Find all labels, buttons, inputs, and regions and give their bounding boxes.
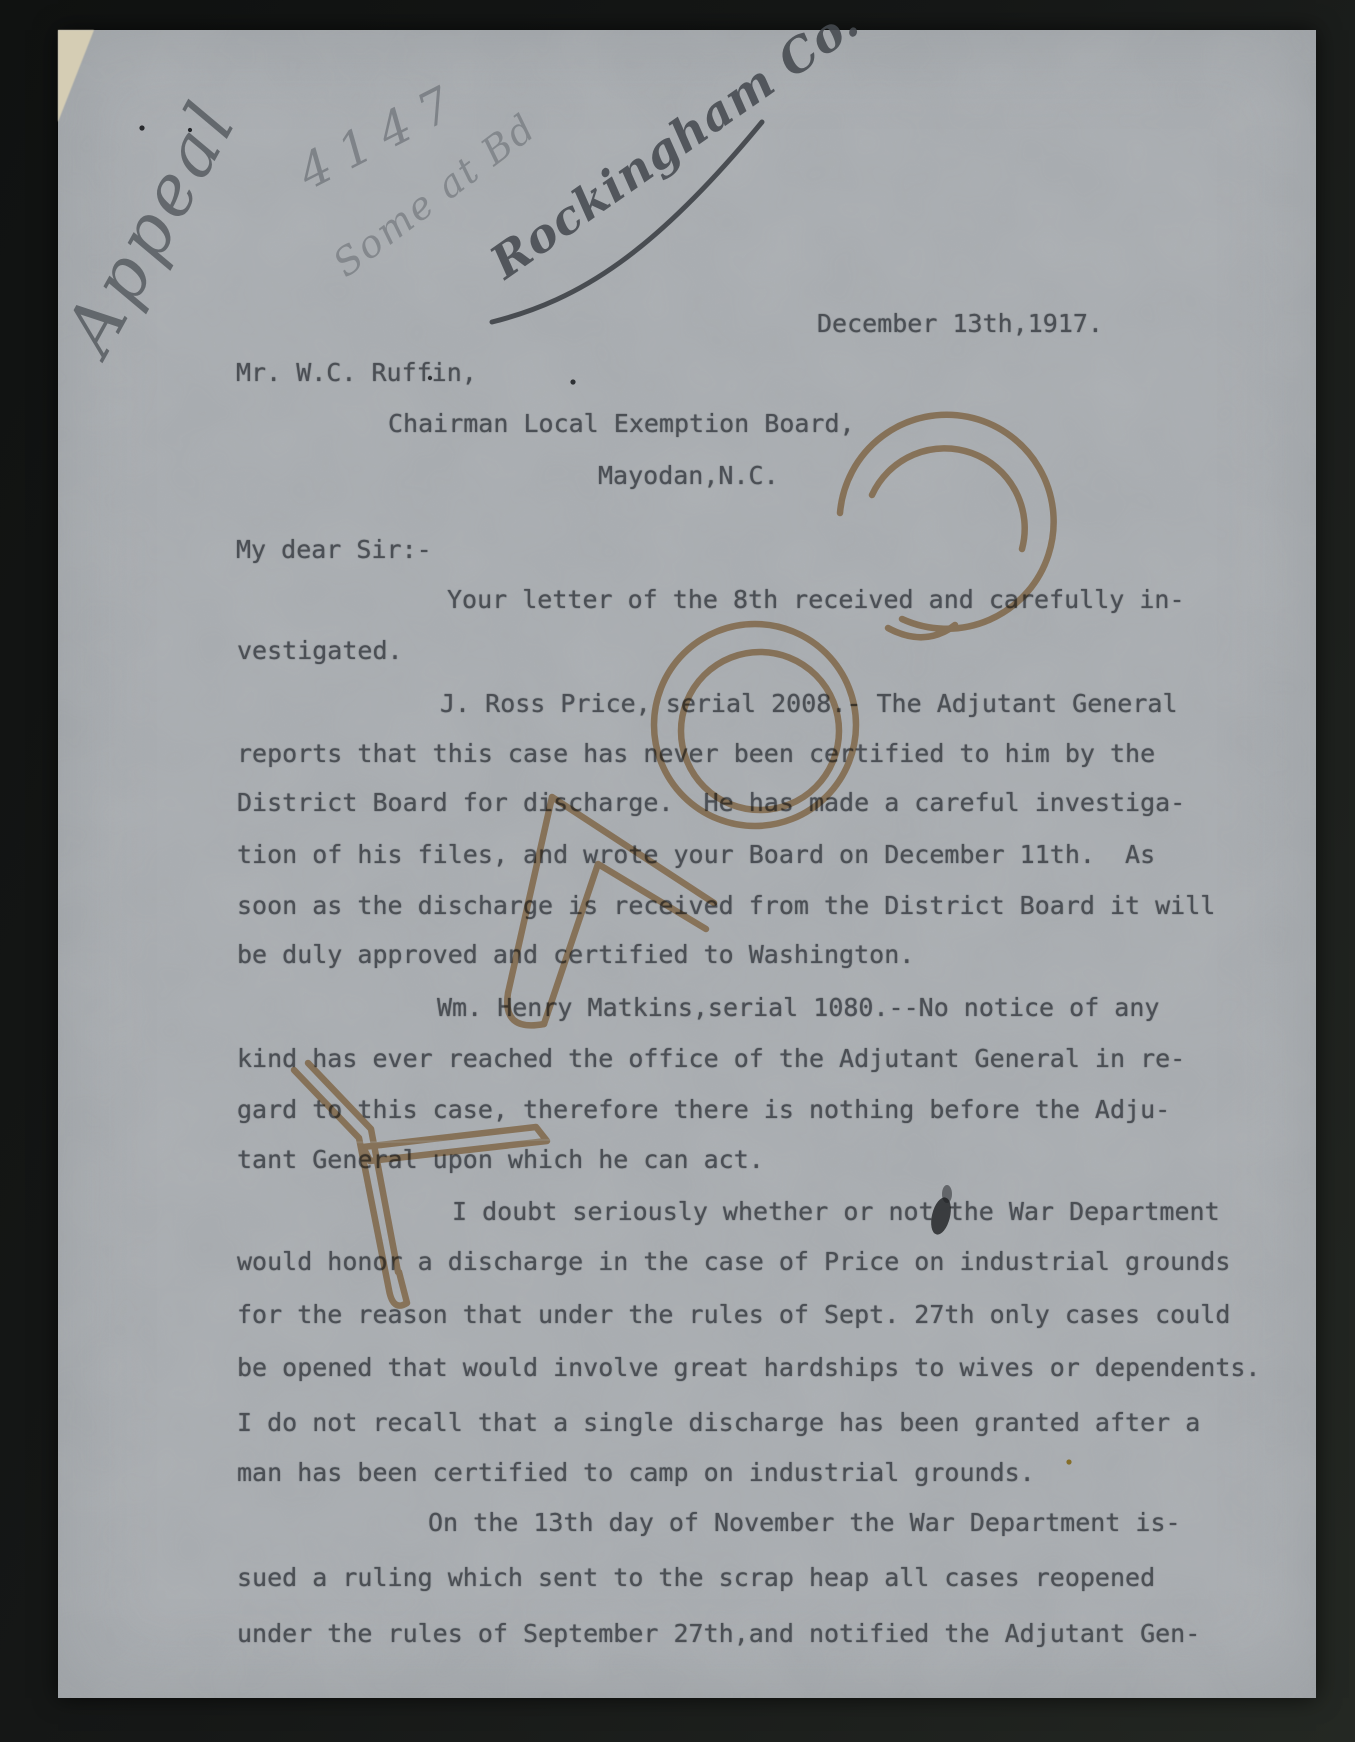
letter-line: Your letter of the 8th received and care…: [447, 583, 1185, 617]
letter-line: reports that this case has never been ce…: [237, 737, 1155, 771]
letter-line: be opened that would involve great hards…: [237, 1351, 1261, 1385]
typewritten-text: December 13th,1917.Mr. W.C. Ruffin,Chair…: [0, 0, 1355, 1742]
letter-line: sued a ruling which sent to the scrap he…: [237, 1561, 1155, 1595]
recipient-line: Chairman Local Exemption Board,: [388, 407, 855, 441]
salutation: My dear Sir:-: [236, 533, 432, 567]
letter-line: kind has ever reached the office of the …: [237, 1042, 1185, 1076]
letter-line: would honor a discharge in the case of P…: [237, 1245, 1230, 1279]
letter-line: I doubt seriously whether or not the War…: [452, 1195, 1220, 1229]
letter-line: under the rules of September 27th,and no…: [237, 1617, 1200, 1651]
letter-line: tant General upon which he can act.: [237, 1143, 764, 1177]
letter-line: be duly approved and certified to Washin…: [237, 938, 914, 972]
letter-line: vestigated.: [237, 634, 403, 668]
letter-line: for the reason that under the rules of S…: [237, 1298, 1230, 1332]
letter-line: man has been certified to camp on indust…: [237, 1456, 1035, 1490]
date-line: December 13th,1917.: [817, 307, 1103, 341]
letter-line: On the 13th day of November the War Depa…: [428, 1506, 1181, 1540]
letter-line: District Board for discharge. He has mad…: [237, 786, 1185, 820]
letter-line: J. Ross Price, serial 2008.- The Adjutan…: [440, 687, 1178, 721]
letter-line: I do not recall that a single discharge …: [237, 1406, 1200, 1440]
letter-line: Wm. Henry Matkins,serial 1080.--No notic…: [437, 991, 1159, 1025]
recipient-line: Mayodan,N.C.: [598, 459, 779, 493]
scanned-letter: December 13th,1917.Mr. W.C. Ruffin,Chair…: [0, 0, 1355, 1742]
recipient-line: Mr. W.C. Ruffin,: [236, 356, 477, 390]
letter-line: gard to this case, therefore there is no…: [237, 1093, 1170, 1127]
letter-line: tion of his files, and wrote your Board …: [237, 838, 1155, 872]
letter-line: soon as the discharge is received from t…: [237, 889, 1215, 923]
